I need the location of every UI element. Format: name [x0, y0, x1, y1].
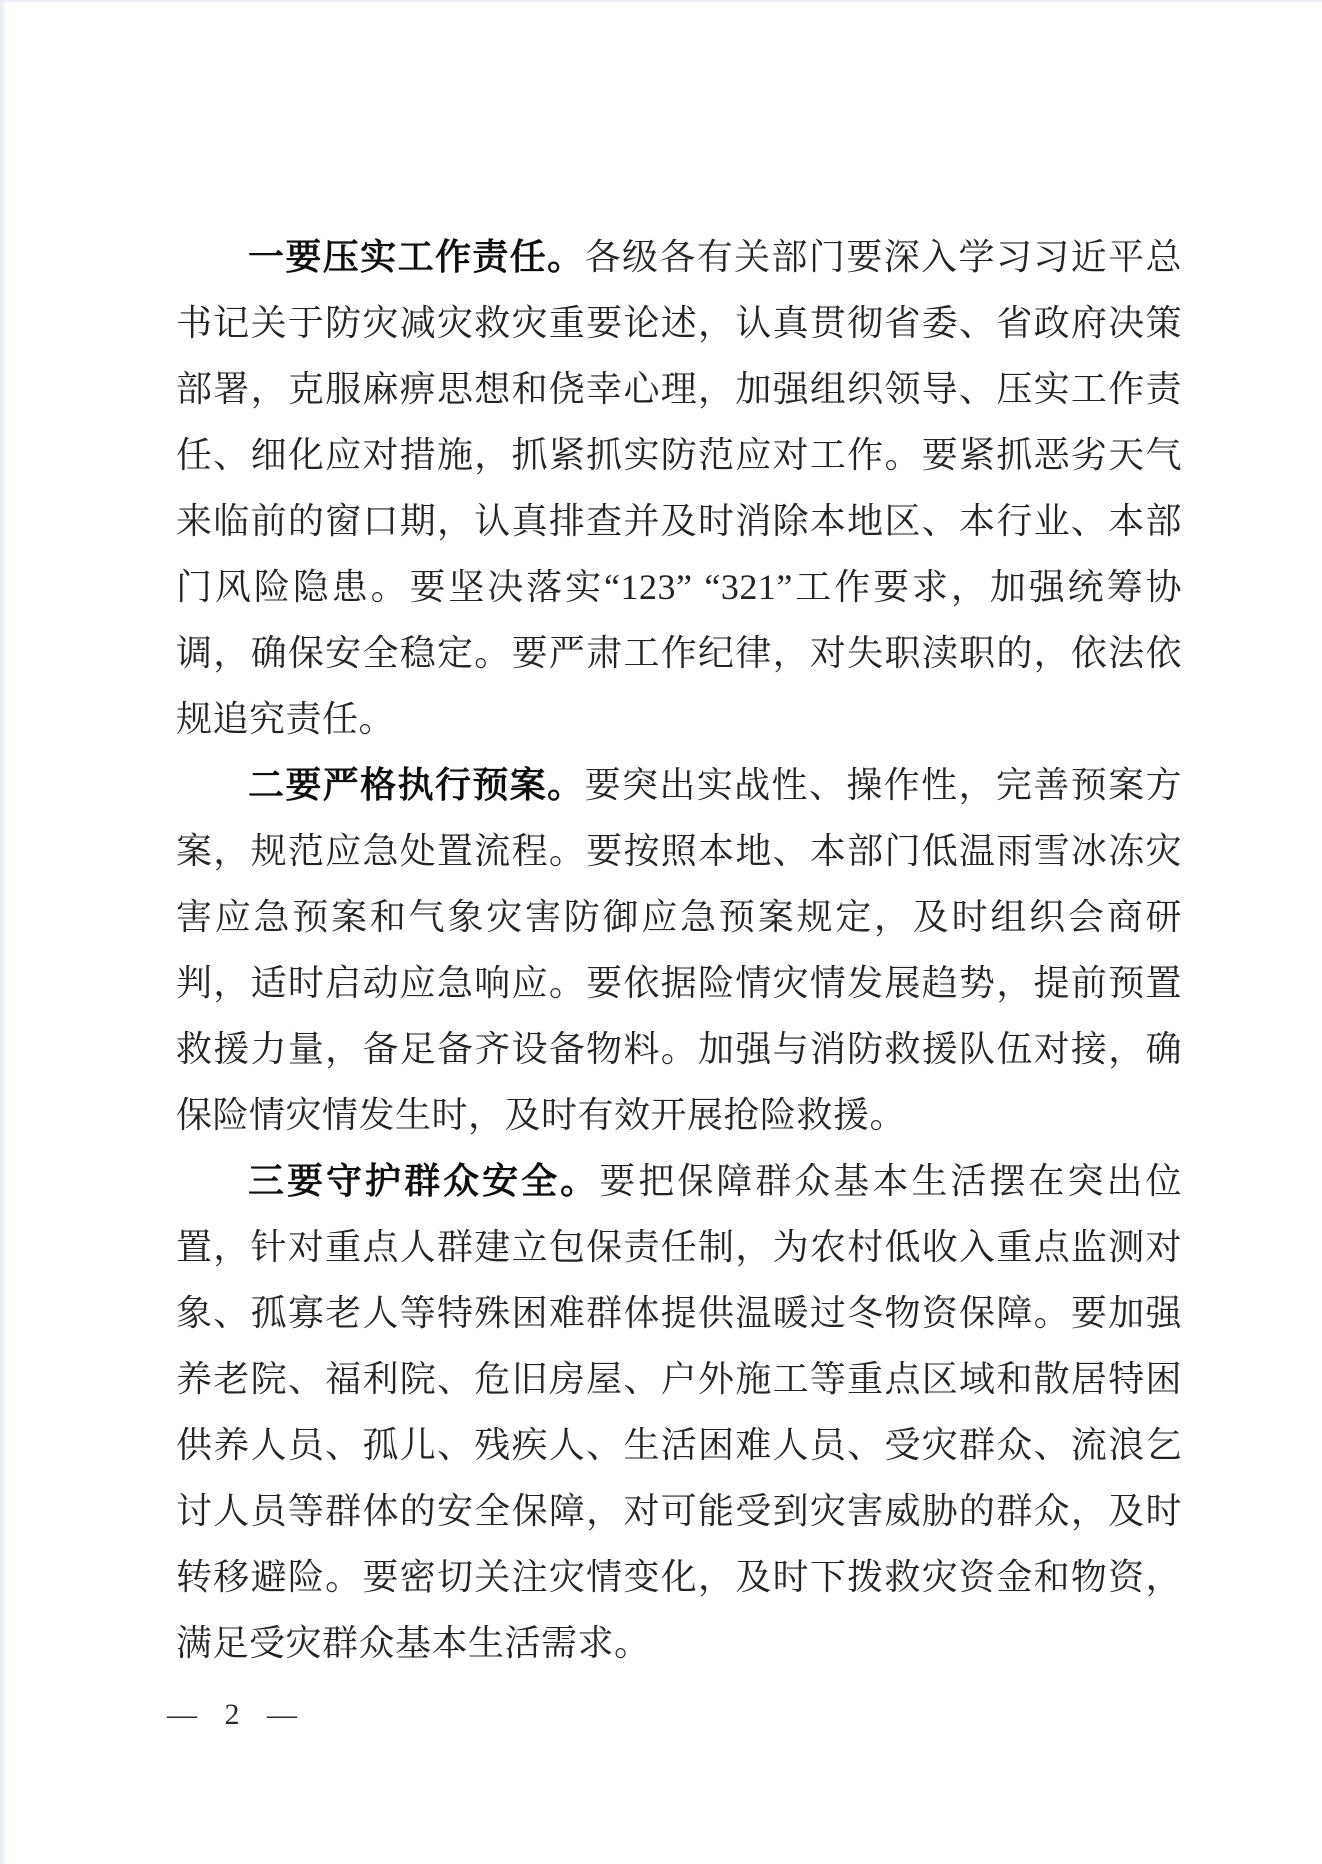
- paragraph-lead: 二要严格执行预案。: [248, 764, 585, 805]
- paragraph-lead: 三要守护群众安全。: [248, 1160, 599, 1201]
- paragraph-lead: 一要压实工作责任。: [248, 236, 585, 277]
- scan-edge-left: [0, 0, 7, 1864]
- paragraph: 三要守护群众安全。要把保障群众基本生活摆在突出位置，针对重点人群建立包保责任制，…: [176, 1148, 1182, 1676]
- paragraph-text: 要突出实战性、操作性，完善预案方案，规范应急处置流程。要按照本地、本部门低温雨雪…: [176, 765, 1182, 1135]
- paragraph-text: 各级各有关部门要深入学习习近平总书记关于防灾减灾救灾重要论述，认真贯彻省委、省政…: [176, 237, 1182, 739]
- document-body: 一要压实工作责任。各级各有关部门要深入学习习近平总书记关于防灾减灾救灾重要论述，…: [176, 224, 1182, 1676]
- document-page: 一要压实工作责任。各级各有关部门要深入学习习近平总书记关于防灾减灾救灾重要论述，…: [0, 0, 1322, 1864]
- paragraph-text: 要把保障群众基本生活摆在突出位置，针对重点人群建立包保责任制，为农村低收入重点监…: [176, 1161, 1182, 1663]
- page-number: — 2 —: [167, 1697, 307, 1733]
- scan-edge-top: [0, 0, 1322, 4]
- paragraph: 二要严格执行预案。要突出实战性、操作性，完善预案方案，规范应急处置流程。要按照本…: [176, 752, 1182, 1148]
- paragraph: 一要压实工作责任。各级各有关部门要深入学习习近平总书记关于防灾减灾救灾重要论述，…: [176, 224, 1182, 752]
